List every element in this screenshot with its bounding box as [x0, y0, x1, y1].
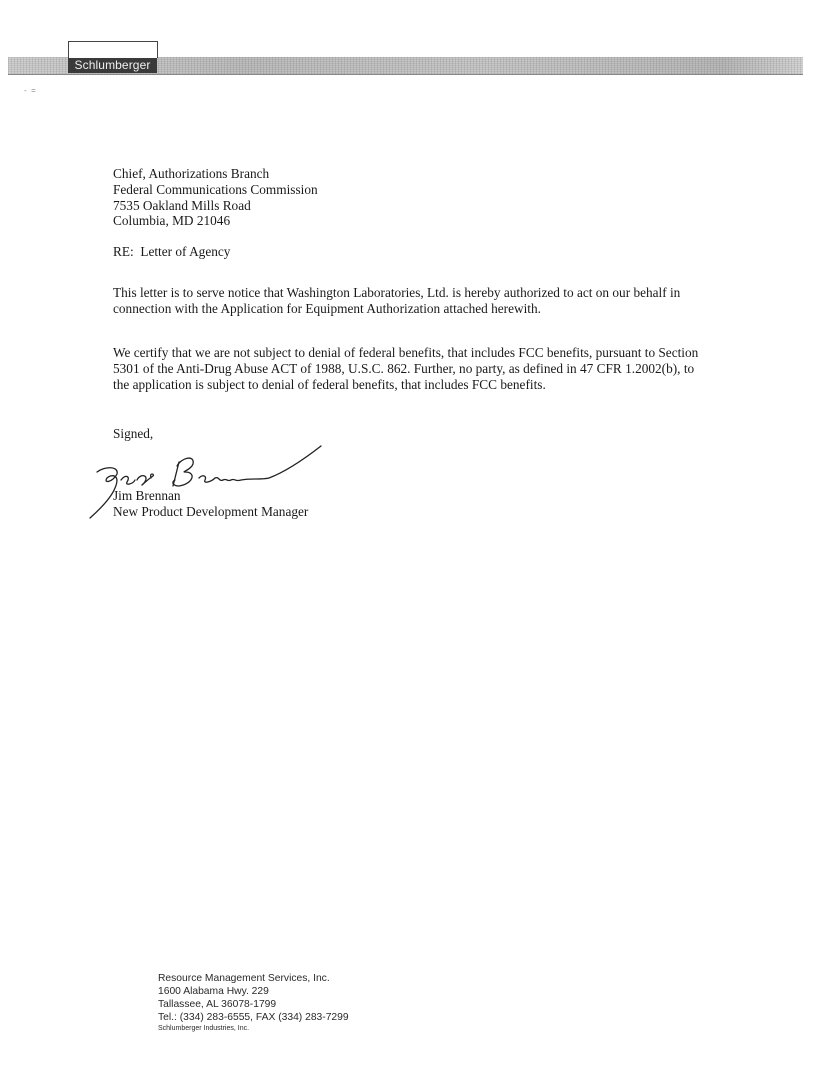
recipient-line: Columbia, MD 21046: [113, 213, 318, 229]
letterhead-footer: Resource Management Services, Inc. 1600 …: [158, 972, 349, 1034]
body-paragraph-2: We certify that we are not subject to de…: [113, 345, 703, 392]
footer-company: Resource Management Services, Inc.: [158, 972, 349, 985]
recipient-line: Federal Communications Commission: [113, 182, 318, 198]
recipient-address: Chief, Authorizations Branch Federal Com…: [113, 166, 318, 229]
footer-phone: Tel.: (334) 283-6555, FAX (334) 283-7299: [158, 1011, 349, 1024]
company-logo: Schlumberger: [68, 58, 157, 73]
logo-frame: [68, 41, 158, 58]
recipient-line: Chief, Authorizations Branch: [113, 166, 318, 182]
footer-city: Tallassee, AL 36078-1799: [158, 998, 349, 1011]
signatory-title: New Product Development Manager: [113, 504, 308, 520]
footer-street: 1600 Alabama Hwy. 229: [158, 985, 349, 998]
recipient-line: 7535 Oakland Mills Road: [113, 198, 318, 214]
footer-parent-company: Schlumberger Industries, Inc.: [158, 1024, 349, 1034]
subject-line: RE: Letter of Agency: [113, 244, 230, 260]
scan-marks: - =: [24, 86, 36, 95]
signatory: Jim Brennan New Product Development Mana…: [113, 488, 308, 520]
body-paragraph-1: This letter is to serve notice that Wash…: [113, 285, 703, 317]
signatory-name: Jim Brennan: [113, 488, 308, 504]
